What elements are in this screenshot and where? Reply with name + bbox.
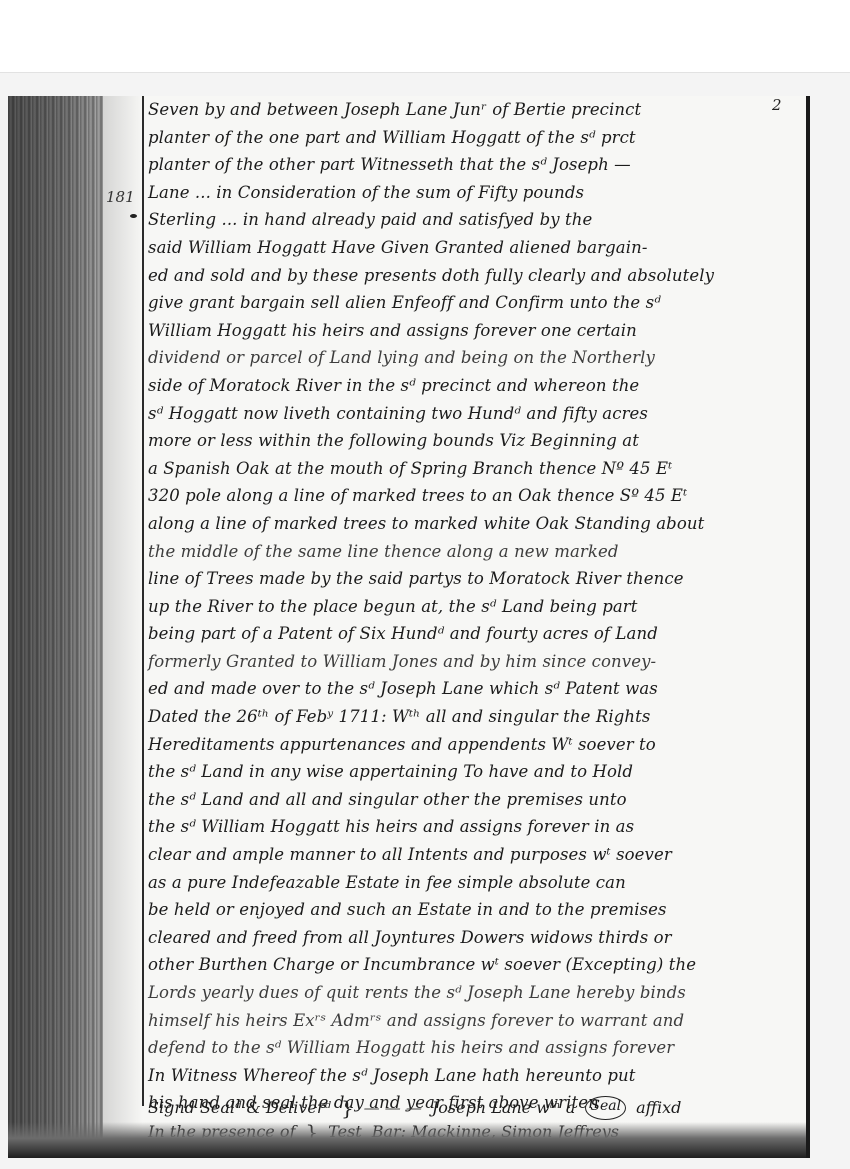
deed-line: Dated the 26ᵗʰ of Febʸ 1711: Wᵗʰ all and… xyxy=(148,703,788,731)
deed-line: clear and ample manner to all Intents an… xyxy=(148,841,788,869)
margin-ink-mark xyxy=(130,214,137,218)
deed-line: In Witness Whereof the sᵈ Joseph Lane ha… xyxy=(148,1062,788,1090)
binding-fade xyxy=(103,96,143,1158)
scan-right-edge xyxy=(806,96,810,1158)
bottom-scan-shadow xyxy=(8,1122,810,1158)
scanned-deed-page: 181 2 Seven by and between Joseph Lane J… xyxy=(8,96,810,1158)
deed-line: planter of the other part Witnesseth tha… xyxy=(148,151,788,179)
deed-line: side of Moratock River in the sᵈ precinc… xyxy=(148,372,788,400)
seal-icon: Seal xyxy=(585,1096,626,1120)
deed-line: as a pure Indefeazable Estate in fee sim… xyxy=(148,869,788,897)
deed-line: Lane ... in Consideration of the sum of … xyxy=(148,179,788,207)
deed-line: cleared and freed from all Joyntures Dow… xyxy=(148,924,788,952)
book-binding-shadow xyxy=(8,96,103,1158)
deed-line: the sᵈ William Hoggatt his heirs and ass… xyxy=(148,813,788,841)
deed-line: be held or enjoyed and such an Estate in… xyxy=(148,896,788,924)
deed-body-text: Seven by and between Joseph Lane Junʳ of… xyxy=(148,96,788,1117)
signer-name: Joseph Lane wᵗʰ a xyxy=(432,1096,576,1120)
deed-line: the middle of the same line thence along… xyxy=(148,538,788,566)
signed-sealed-delivered: Signd Sealᵈ & Deliverᵈ xyxy=(148,1096,331,1120)
deed-line: other Burthen Charge or Incumbrance wᵗ s… xyxy=(148,951,788,979)
deed-line: said William Hoggatt Have Given Granted … xyxy=(148,234,788,262)
deed-line: dividend or parcel of Land lying and bei… xyxy=(148,344,788,372)
deed-line: a Spanish Oak at the mouth of Spring Bra… xyxy=(148,455,788,483)
seal-affixed: affixd xyxy=(636,1096,681,1120)
deed-line: Sterling ... in hand already paid and sa… xyxy=(148,206,788,234)
deed-line: ed and made over to the sᵈ Joseph Lane w… xyxy=(148,675,788,703)
deed-line: along a line of marked trees to marked w… xyxy=(148,510,788,538)
deed-line: himself his heirs Exʳˢ Admʳˢ and assigns… xyxy=(148,1007,788,1035)
left-margin-rule xyxy=(142,96,144,1106)
deed-line: Hereditaments appurtenances and appenden… xyxy=(148,731,788,759)
deed-line: defend to the sᵈ William Hoggatt his hei… xyxy=(148,1034,788,1062)
deed-line: the sᵈ Land and all and singular other t… xyxy=(148,786,788,814)
brace-glyph: } xyxy=(341,1096,354,1120)
dash-line: — — — xyxy=(364,1096,422,1120)
folio-number: 181 xyxy=(106,188,135,206)
page-top-margin xyxy=(0,0,850,73)
deed-line: more or less within the following bounds… xyxy=(148,427,788,455)
deed-line: formerly Granted to William Jones and by… xyxy=(148,648,788,676)
deed-line: Lords yearly dues of quit rents the sᵈ J… xyxy=(148,979,788,1007)
deed-line: being part of a Patent of Six Hundᵈ and … xyxy=(148,620,788,648)
deed-line: give grant bargain sell alien Enfeoff an… xyxy=(148,289,788,317)
deed-line: line of Trees made by the said partys to… xyxy=(148,565,788,593)
deed-line: ed and sold and by these presents doth f… xyxy=(148,262,788,290)
deed-line: up the River to the place begun at, the … xyxy=(148,593,788,621)
deed-line: Seven by and between Joseph Lane Junʳ of… xyxy=(148,96,788,124)
deed-line: William Hoggatt his heirs and assigns fo… xyxy=(148,317,788,345)
deed-line: planter of the one part and William Hogg… xyxy=(148,124,788,152)
deed-line: 320 pole along a line of marked trees to… xyxy=(148,482,788,510)
signature-row-1: Signd Sealᵈ & Deliverᵈ } — — — Joseph La… xyxy=(148,1096,788,1120)
deed-line: the sᵈ Land in any wise appertaining To … xyxy=(148,758,788,786)
deed-line: sᵈ Hoggatt now liveth containing two Hun… xyxy=(148,400,788,428)
